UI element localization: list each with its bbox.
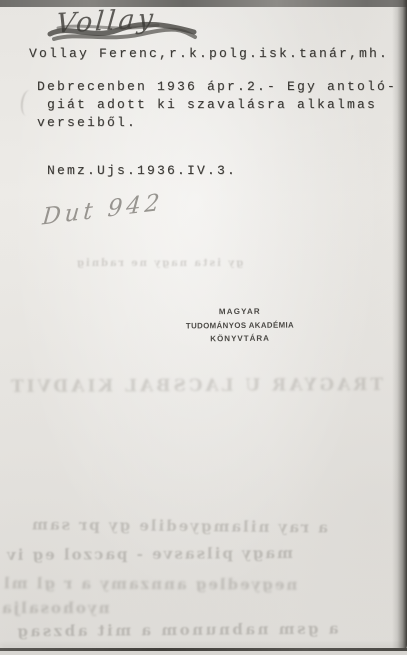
bleedthrough-line: gy ista nagy ne radnig	[75, 258, 243, 269]
stamp-line: MAGYAR	[170, 304, 310, 319]
bleedthrough-line: nyohosalja	[0, 599, 110, 617]
bleedthrough-line: a ray nilamgyedile gy pr sam	[30, 515, 328, 536]
scan-edge-top	[0, 0, 407, 7]
bleedthrough-line: magy pilsasve - paczol eg iv	[5, 544, 293, 564]
stamp-line: TUDOMÁNYOS AKADÉMIA	[171, 318, 308, 332]
typed-body-line: giát adott ki szavalásra alkalmas	[47, 97, 377, 112]
typed-source-citation: Nemz.Ujs.1936.IV.3.	[47, 163, 237, 178]
scan-edge-right	[392, 0, 407, 655]
typed-body-line: Debrecenben 1936 ápr.2.- Egy antoló-	[37, 79, 397, 94]
bleedthrough-caps-line: TRAGYAR U LACSBAL KIADVIT	[8, 375, 383, 397]
bleedthrough-line: negyedleg annzamy a r gl ml	[2, 574, 297, 594]
strikethrough-scribble-icon	[46, 12, 198, 50]
pencil-smudge	[19, 89, 36, 117]
library-stamp: MAGYAR TUDOMÁNYOS AKADÉMIA KÖNYVTÁRA	[170, 304, 310, 346]
typed-body-line: verseiből.	[37, 115, 137, 130]
typed-heading: Vollay Ferenc,r.k.polg.isk.tanár,mh.	[29, 46, 389, 61]
scanned-card: Vollay Vollay Ferenc,r.k.polg.isk.tanár,…	[0, 0, 407, 655]
scan-edge-bottom	[0, 651, 407, 655]
stamp-line: KÖNYVTÁRA	[170, 331, 310, 346]
pencil-note: Dut 942	[41, 189, 164, 230]
bleedthrough-line: a gsm nabnunom a mit abzsag	[15, 620, 339, 641]
